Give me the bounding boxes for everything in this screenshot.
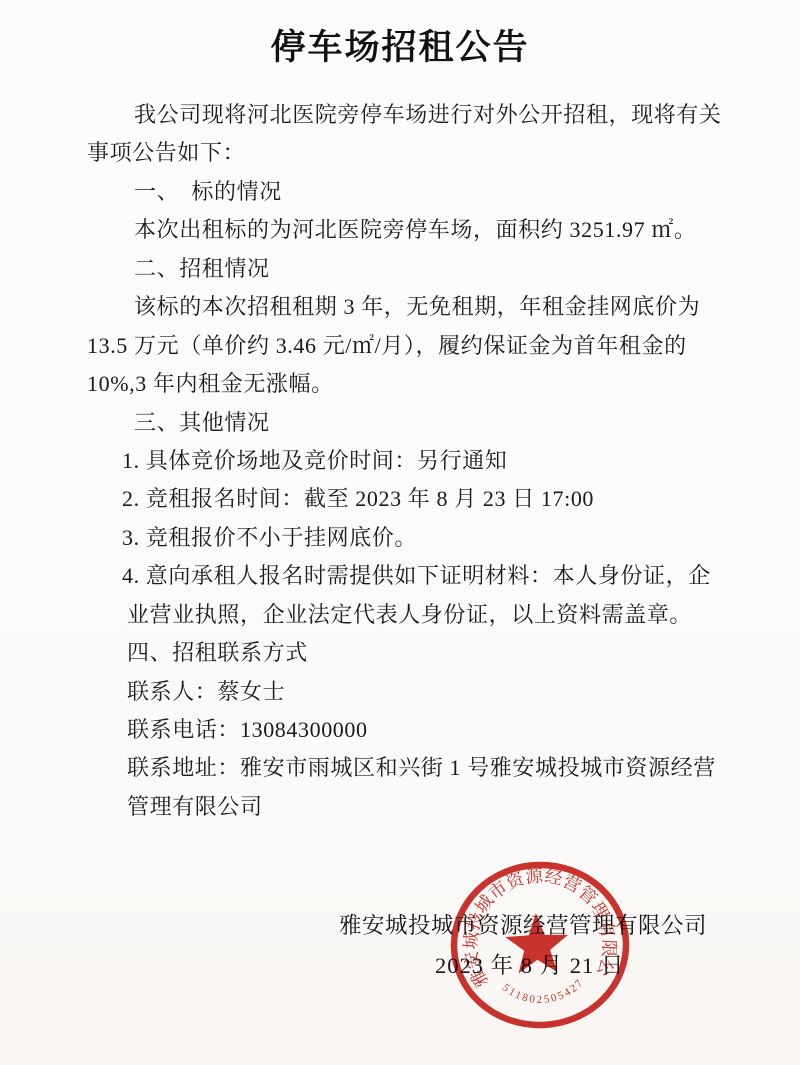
contact-address-wrap: 管理有限公司 (0, 788, 800, 826)
contact-phone: 联系电话：13084300000 (0, 711, 800, 749)
list-item-4: 4. 意向承租人报名时需提供如下证明材料：本人身份证，企 (0, 557, 800, 595)
official-seal-stamp: 雅安城投城市资源经营管理有限公司 5118025054276 (442, 853, 638, 1038)
doc-line: 13.5 万元（单价约 3.46 元/㎡/月），履约保证金为首年租金的 (0, 327, 800, 365)
doc-line: 我公司现将河北医院旁停车场进行对外公开招租，现将有关 (0, 96, 800, 134)
list-item-3: 3. 竞租报价不小于挂网底价。 (0, 519, 800, 557)
section-heading-2: 二、招租情况 (0, 250, 800, 288)
contact-address: 联系地址：雅安市雨城区和兴街 1 号雅安城投城市资源经营 (0, 749, 800, 787)
doc-line: 该标的本次招租租期 3 年，无免租期，年租金挂网底价为 (0, 288, 800, 326)
section-heading-4: 四、招租联系方式 (0, 634, 800, 672)
page-title: 停车场招租公告 (0, 20, 800, 70)
doc-line: 事项公告如下： (0, 134, 800, 172)
doc-line: 业营业执照，企业法定代表人身份证，以上资料需盖章。 (0, 596, 800, 634)
contact-person: 联系人：蔡女士 (0, 673, 800, 711)
document-page: 停车场招租公告 我公司现将河北医院旁停车场进行对外公开招租，现将有关 事项公告如… (0, 0, 800, 1065)
seal-ring (451, 862, 628, 1028)
doc-line: 本次出租标的为河北医院旁停车场，面积约 3251.97 ㎡。 (0, 211, 800, 249)
section-heading-1: 一、 标的情况 (0, 173, 800, 211)
list-item-1: 1. 具体竞价场地及竞价时间：另行通知 (0, 442, 800, 480)
doc-line: 10%,3 年内租金无涨幅。 (0, 365, 800, 403)
document-body: 我公司现将河北医院旁停车场进行对外公开招租，现将有关 事项公告如下： 一、 标的… (0, 96, 800, 826)
list-item-2: 2. 竞租报名时间：截至 2023 年 8 月 23 日 17:00 (0, 480, 800, 518)
signature-company: 雅安城投城市资源经营管理有限公司 (339, 908, 707, 940)
section-heading-3: 三、其他情况 (0, 404, 800, 442)
signature-date: 2023 年 8 月 21 日 (435, 948, 624, 980)
